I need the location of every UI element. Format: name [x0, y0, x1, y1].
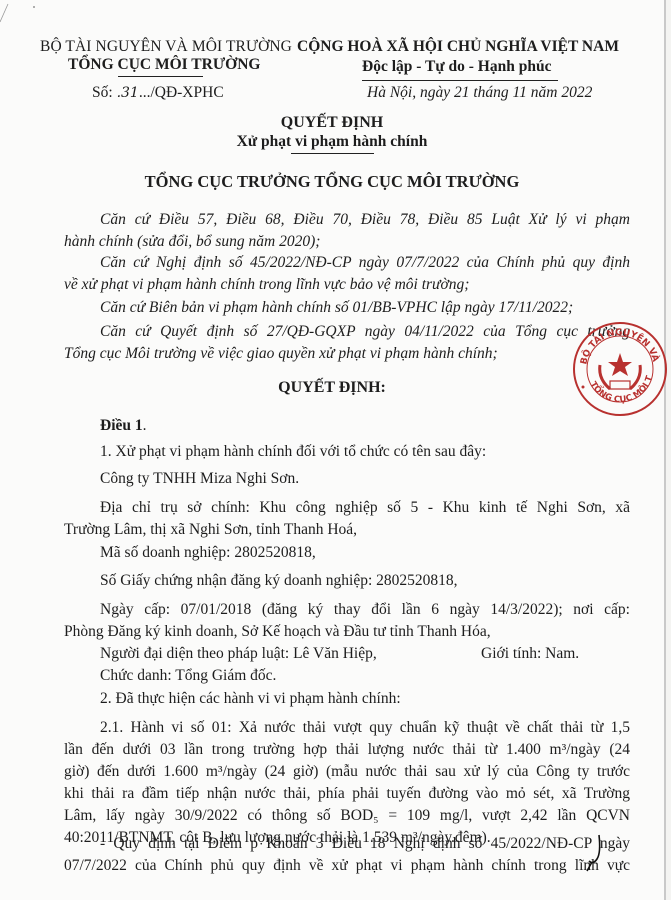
document-title: QUYẾT ĐỊNH [0, 114, 664, 132]
scan-mark-icon [0, 0, 40, 30]
issue-info: Ngày cấp: 07/01/2018 (đăng ký thay đổi l… [64, 599, 630, 643]
motto-underline [362, 80, 558, 81]
agency-underline [118, 76, 203, 77]
official-seal-icon: BỘ TÀI NGUYÊN VÀ MÔI TỔNG CỤC MÔI TRƯỜNG [570, 317, 670, 417]
doc-number-prefix: Số: [92, 84, 117, 101]
ministry-name: BỘ TÀI NGUYÊN VÀ MÔI TRƯỜNG [40, 38, 292, 56]
document-subtitle: Xử phạt vi phạm hành chính [0, 133, 664, 151]
agency-name: TỔNG CỤC MÔI TRƯỜNG [68, 56, 260, 74]
article-item-2: 2. Đã thực hiện các hành vi vi phạm hành… [64, 688, 630, 710]
legal-basis-1: Căn cứ Điều 57, Điều 68, Điều 70, Điều 7… [64, 209, 630, 253]
legal-representative: Người đại diện theo pháp luật: Lê Văn Hi… [64, 643, 630, 665]
document-page: BỘ TÀI NGUYÊN VÀ MÔI TRƯỜNG TỔNG CỤC MÔI… [0, 0, 666, 900]
gender: Giới tính: Nam. [481, 643, 579, 665]
company-address: Địa chỉ trụ sở chính: Khu công nghiệp số… [64, 497, 630, 541]
legal-basis-2: Căn cứ Nghị định số 45/2022/NĐ-CP ngày 0… [64, 252, 630, 296]
regulation-reference: - Quy định tại Điểm p Khoản 3 Điều 18 Ng… [64, 833, 630, 877]
legal-basis-3: Căn cứ Biên bản vi phạm hành chính số 01… [64, 297, 630, 319]
national-motto: Độc lập - Tự do - Hạnh phúc [362, 58, 551, 76]
document-number: Số: .31.../QĐ-XPHC [92, 84, 224, 102]
doc-number-handwritten: .31 [117, 85, 139, 101]
legal-basis-4: Căn cứ Quyết định số 27/QĐ-GQXP ngày 04/… [64, 321, 630, 365]
decision-heading: QUYẾT ĐỊNH: [0, 379, 664, 397]
position-title: Chức danh: Tổng Giám đốc. [64, 665, 630, 687]
issuing-authority: TỔNG CỤC TRƯỞNG TỔNG CỤC MÔI TRƯỜNG [0, 172, 664, 192]
place-date: Hà Nội, ngày 21 tháng 11 năm 2022 [367, 84, 592, 102]
republic-name: CỘNG HOÀ XÃ HỘI CHỦ NGHĨA VIỆT NAM [297, 38, 619, 56]
violation-description: 2.1. Hành vi số 01: Xả nước thải vượt qu… [64, 717, 630, 849]
article-item-1: 1. Xử phạt vi phạm hành chính đối với tổ… [64, 441, 630, 463]
handwritten-initial-icon [583, 833, 605, 873]
subtitle-underline [291, 153, 374, 154]
registration-certificate: Số Giấy chứng nhận đăng ký doanh nghiệp:… [64, 570, 630, 592]
article-heading: Điều 1. [100, 417, 147, 435]
enterprise-code: Mã số doanh nghiệp: 2802520818, [64, 542, 630, 564]
doc-number-suffix: .../QĐ-XPHC [139, 84, 224, 101]
company-name: Công ty TNHH Miza Nghi Sơn. [64, 468, 630, 490]
